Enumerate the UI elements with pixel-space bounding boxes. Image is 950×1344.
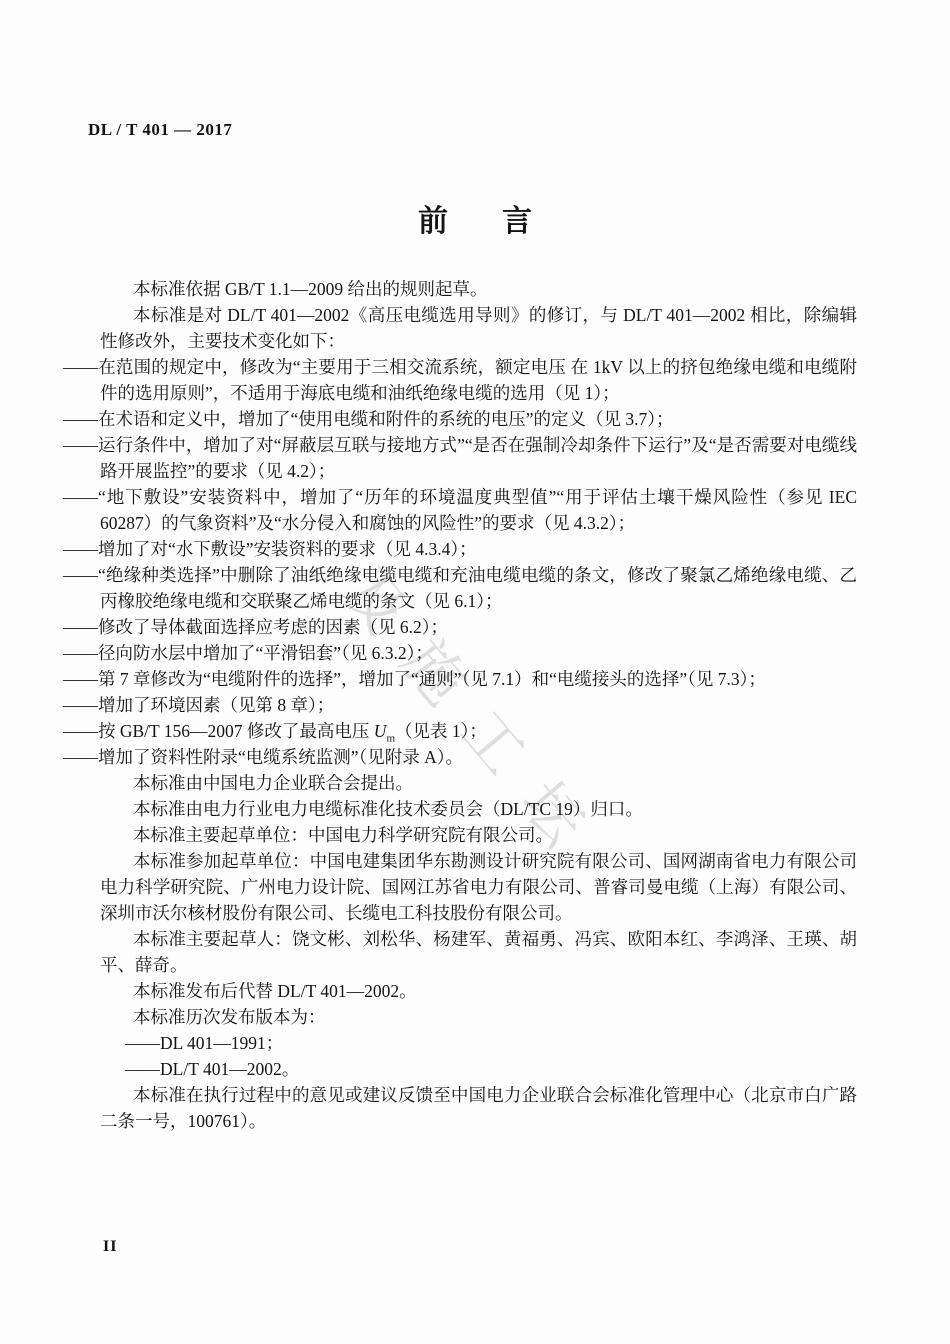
um-line-post: （见表 1）；: [395, 721, 487, 741]
paragraph-basis: 本标准依据 GB/T 1.1—2009 给出的规则起草。: [100, 276, 857, 302]
edition-item-2002: ——DL/T 401—2002。: [100, 1056, 857, 1082]
paragraph-revision-intro: 本标准是对 DL/T 401—2002《高压电缆选用导则》的修订，与 DL/T …: [100, 302, 857, 354]
paragraph-feedback: 本标准在执行过程中的意见或建议反馈至中国电力企业联合会标准化管理中心（北京市白广…: [100, 1082, 857, 1134]
change-item-underwater: ——增加了对“水下敷设”安装资料的要求（见 4.3.4）；: [100, 536, 857, 562]
paragraph-drafters: 本标准主要起草人：饶文彬、刘松华、杨建军、黄福勇、冯宾、欧阳本红、李鸿泽、王瑛、…: [100, 926, 857, 978]
paragraph-previous-editions: 本标准历次发布版本为：: [100, 1004, 857, 1030]
change-item-scope: ——在范围的规定中，修改为“主要用于三相交流系统，额定电压 在 1kV 以上的挤…: [100, 354, 857, 406]
page-title-char-2: 言: [502, 196, 532, 240]
change-item-underground: ——“地下敷设”安装资料中，增加了“历年的环境温度典型值”“用于评估土壤干燥风险…: [100, 484, 857, 536]
change-item-conductor: ——修改了导体截面选择应考虑的因素（见 6.2）；: [100, 614, 857, 640]
change-item-waterproof: ——径向防水层中增加了“平滑铝套”（见 6.3.2）；: [100, 640, 857, 666]
paragraph-main-drafting-org: 本标准主要起草单位：中国电力科学研究院有限公司。: [100, 822, 857, 848]
foreword-body: 本标准依据 GB/T 1.1—2009 给出的规则起草。 本标准是对 DL/T …: [100, 276, 857, 1134]
standard-code: DL / T 401 — 2017: [88, 120, 232, 140]
paragraph-proposed-by: 本标准由中国电力企业联合会提出。: [100, 770, 857, 796]
change-item-um: ——按 GB/T 156—2007 修改了最高电压 Um（见表 1）；: [100, 718, 857, 744]
paragraph-replaces: 本标准发布后代替 DL/T 401—2002。: [100, 978, 857, 1004]
um-subscript: m: [386, 733, 395, 745]
page-number: II: [103, 1238, 117, 1256]
change-item-operating: ——运行条件中，增加了对“屏蔽层互联与接地方式”“是否在强制冷却条件下运行”及“…: [100, 432, 857, 484]
um-symbol: U: [374, 721, 387, 741]
change-item-insulation: ——“绝缘种类选择”中删除了油纸绝缘电缆电缆和充油电缆电缆的条文，修改了聚氯乙烯…: [100, 562, 857, 614]
change-item-chapter7: ——第 7 章修改为“电缆附件的选择”，增加了“通则”（见 7.1）和“电缆接头…: [100, 666, 857, 692]
paragraph-participating-orgs: 本标准参加起草单位：中国电建集团华东勘测设计研究院有限公司、国网湖南省电力有限公…: [100, 848, 857, 926]
change-item-appendix: ——增加了资料性附录“电缆系统监测”（见附录 A）。: [100, 744, 857, 770]
change-item-terms: ——在术语和定义中，增加了“使用电缆和附件的系统的电压”的定义（见 3.7）；: [100, 406, 857, 432]
um-line-pre: ——按 GB/T 156—2007 修改了最高电压: [63, 721, 374, 741]
page-title-char-1: 前: [418, 196, 448, 240]
document-page: 及施工坛 DL / T 401 — 2017 前 言 本标准依据 GB/T 1.…: [0, 0, 950, 1344]
edition-item-1991: ——DL 401—1991；: [100, 1030, 857, 1056]
change-item-environment: ——增加了环境因素（见第 8 章）；: [100, 692, 857, 718]
page-title: 前 言: [0, 196, 950, 240]
paragraph-committee: 本标准由电力行业电力电缆标准化技术委员会（DL/TC 19）归口。: [100, 796, 857, 822]
